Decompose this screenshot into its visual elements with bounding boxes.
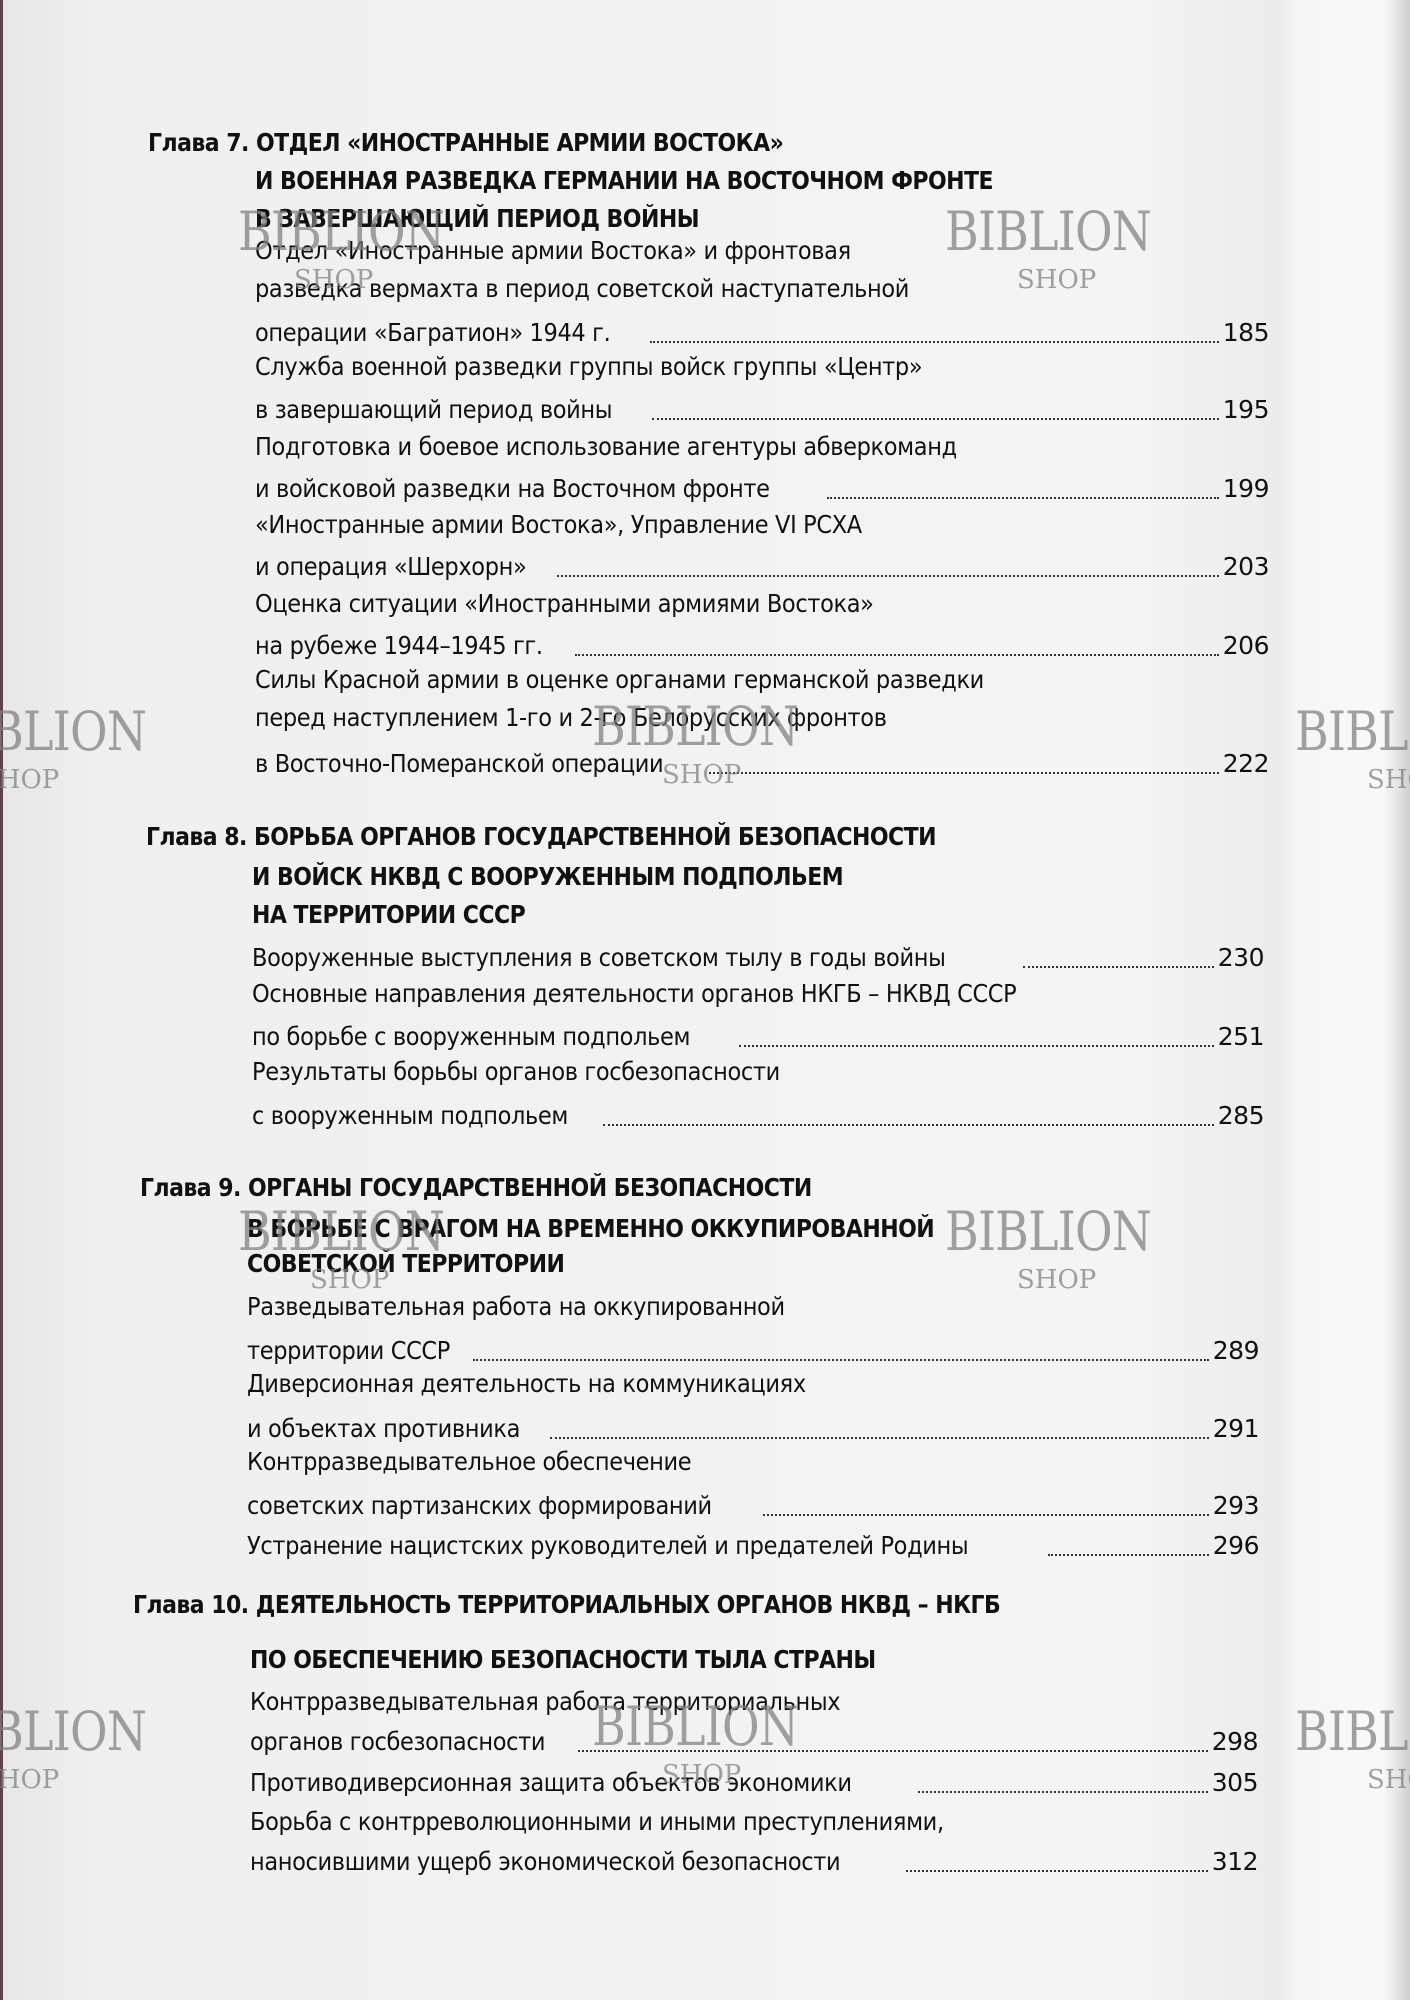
toc-entry[interactable]: операции «Багратион» 1944 г. 185 [255,318,1269,347]
toc-entry-line: Диверсионная деятельность на коммуникаци… [247,1371,806,1396]
chapter-title-line: ДЕЯТЕЛЬНОСТЬ ТЕРРИТОРИАЛЬНЫХ ОРГАНОВ НКВ… [256,1590,1001,1619]
toc-entry[interactable]: советских партизанских формирований 293 [247,1491,1259,1520]
toc-entry[interactable]: Вооруженные выступления в советском тылу… [252,943,1264,972]
chapter-title-line: БОРЬБА ОРГАНОВ ГОСУДАРСТВЕННОЙ БЕЗОПАСНО… [254,822,936,851]
chapter-title-line: И ВОЙСК НКВД С ВООРУЖЕННЫМ ПОДПОЛЬЕМ [252,864,843,889]
leader-dots [603,1124,1214,1126]
leader-dots [550,1437,1208,1439]
page-number: 305 [1212,1768,1258,1797]
page-number: 185 [1223,318,1269,347]
toc-entry-line: и объектах противника [247,1414,520,1443]
page-number: 291 [1213,1414,1259,1443]
toc-entry-line: и операция «Шерхорн» [255,552,526,581]
toc-entry-line: операции «Багратион» 1944 г. [255,318,610,347]
page-number: 195 [1223,395,1269,424]
watermark: BIBLIONSHOP [1295,705,1410,793]
chapter-title-line: ОРГАНЫ ГОСУДАРСТВЕННОЙ БЕЗОПАСНОСТИ [248,1173,812,1202]
toc-entry-line: Разведывательная работа на оккупированно… [247,1294,785,1319]
chapter-7-heading: Глава 7. ОТДЕЛ «ИНОСТРАННЫЕ АРМИИ ВОСТОК… [148,130,783,155]
toc-entry-line: Результаты борьбы органов госбезопасност… [252,1059,780,1084]
watermark: BIBLIONSHOP [945,1205,1187,1293]
toc-entry-line: территории СССР [247,1336,450,1365]
page-number: 222 [1223,749,1269,778]
chapter-label: Глава 7. [148,128,249,157]
page-number: 298 [1212,1727,1258,1756]
leader-dots [652,418,1219,420]
chapter-title-line: НА ТЕРРИТОРИИ СССР [252,902,525,927]
leader-dots [1023,966,1214,968]
toc-entry[interactable]: в завершающий период войны 195 [255,395,1269,424]
toc-entry[interactable]: и войсковой разведки на Восточном фронте… [255,474,1269,503]
watermark: BIBLIONSHOP [592,1700,834,1788]
toc-entry-line: Основные направления деятельности органо… [252,981,1016,1006]
toc-entry-line: Силы Красной армии в оценке органами гер… [255,667,984,692]
chapter-label: Глава 10. [133,1590,249,1619]
toc-entry-line: по борьбе с вооруженным подпольем [252,1022,690,1051]
toc-entry-line: на рубеже 1944–1945 гг. [255,631,543,660]
page-number: 206 [1223,631,1269,660]
page-number: 293 [1213,1491,1259,1520]
page-number: 296 [1213,1531,1259,1560]
toc-entry[interactable]: по борьбе с вооруженным подпольем 251 [252,1022,1264,1051]
watermark: BIBLIONSHOP [0,1705,182,1793]
leader-dots [473,1359,1209,1361]
leader-dots [575,654,1219,656]
toc-entry-line: с вооруженным подпольем [252,1101,568,1130]
toc-entry-line: наносившими ущерб экономической безопасн… [250,1847,840,1876]
leader-dots [763,1514,1208,1516]
chapter-title-line: ОТДЕЛ «ИНОСТРАННЫЕ АРМИИ ВОСТОКА» [256,128,783,157]
leader-dots [650,341,1219,343]
leader-dots [906,1870,1208,1872]
toc-entry[interactable]: наносившими ущерб экономической безопасн… [250,1847,1258,1876]
toc-entry-line: Борьба с контрреволюционными и иными пре… [250,1809,944,1834]
toc-entry-line: Вооруженные выступления в советском тылу… [252,943,945,972]
page-number: 199 [1223,474,1269,503]
toc-entry[interactable]: Устранение нацистских руководителей и пр… [247,1531,1259,1560]
toc-entry[interactable]: и операция «Шерхорн» 203 [255,552,1269,581]
toc-entry-line: и войсковой разведки на Восточном фронте [255,474,770,503]
watermark: BIBLIONSHOP [592,700,834,788]
chapter-label: Глава 8. [146,822,247,851]
toc-entry[interactable]: и объектах противника 291 [247,1414,1259,1443]
watermark: BIBLIONSHOP [1295,1705,1410,1793]
page-number: 203 [1223,552,1269,581]
chapter-title-line: ПО ОБЕСПЕЧЕНИЮ БЕЗОПАСНОСТИ ТЫЛА СТРАНЫ [250,1647,876,1672]
page-number: 251 [1218,1022,1264,1051]
chapter-title-line: И ВОЕННАЯ РАЗВЕДКА ГЕРМАНИИ НА ВОСТОЧНОМ… [255,168,993,193]
watermark: BIBLIONSHOP [0,705,182,793]
leader-dots [739,1045,1214,1047]
leader-dots [918,1791,1207,1793]
chapter-9-heading: Глава 9. ОРГАНЫ ГОСУДАРСТВЕННОЙ БЕЗОПАСН… [140,1175,812,1200]
leader-dots [1048,1554,1208,1556]
toc-entry[interactable]: на рубеже 1944–1945 гг. 206 [255,631,1269,660]
watermark: BIBLIONSHOP [945,205,1187,293]
toc-entry-line: Служба военной разведки группы войск гру… [255,354,922,379]
page-number: 312 [1212,1847,1258,1876]
toc-entry[interactable]: территории СССР 289 [247,1336,1259,1365]
toc-entry-line: в завершающий период войны [255,395,612,424]
chapter-10-heading: Глава 10. ДЕЯТЕЛЬНОСТЬ ТЕРРИТОРИАЛЬНЫХ О… [133,1592,1000,1617]
page-number: 230 [1218,943,1264,972]
chapter-8-heading: Глава 8. БОРЬБА ОРГАНОВ ГОСУДАРСТВЕННОЙ … [146,824,936,849]
page-number: 285 [1218,1101,1264,1130]
watermark: BIBLIONSHOP [238,205,480,293]
toc-entry-line: органов госбезопасности [250,1727,545,1756]
leader-dots [827,497,1219,499]
toc-entry-line: Контрразведывательное обеспечение [247,1449,691,1474]
chapter-label: Глава 9. [140,1173,241,1202]
leader-dots [557,575,1219,577]
toc-entry-line: Устранение нацистских руководителей и пр… [247,1531,968,1560]
toc-entry-line: Подготовка и боевое использование агенту… [255,434,957,459]
watermark: BIBLIONSHOP [238,1205,480,1293]
toc-entry-line: «Иностранные армии Востока», Управление … [255,512,862,537]
toc-entry[interactable]: с вооруженным подпольем 285 [252,1101,1264,1130]
toc-entry-line: советских партизанских формирований [247,1491,712,1520]
page-number: 289 [1213,1336,1259,1365]
toc-entry-line: Оценка ситуации «Иностранными армиями Во… [255,591,874,616]
